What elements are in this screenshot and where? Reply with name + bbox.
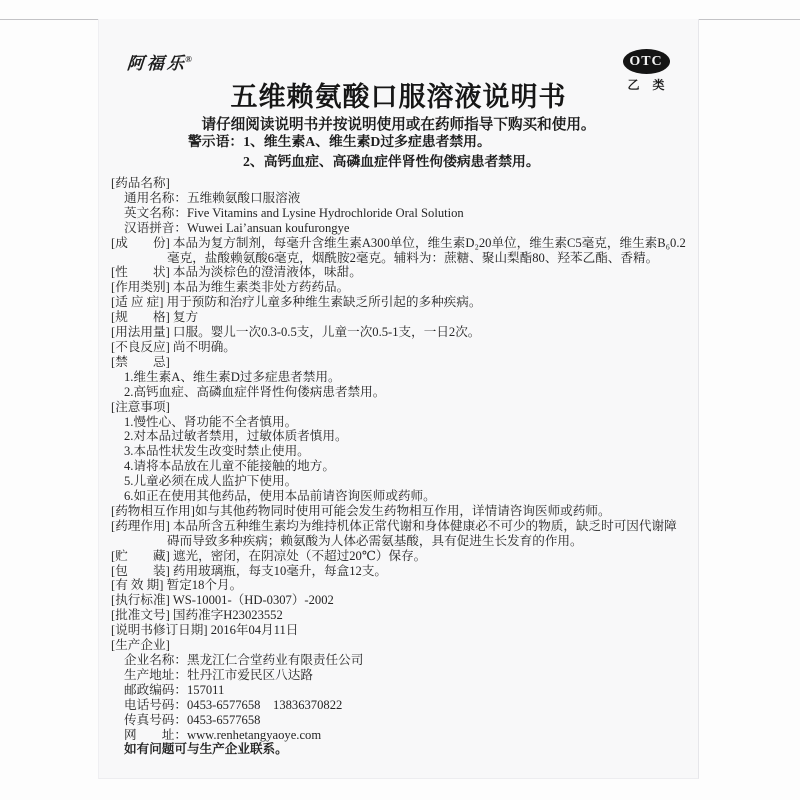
line-fax: 传真号码：0453-6577658	[111, 713, 689, 728]
warning-line-2: 2、高钙血症、高磷血症伴肾性佝偻病患者禁用。	[188, 152, 540, 172]
leaflet-paper: 阿福乐® OTC 乙 类 五维赖氨酸口服溶液说明书 请仔细阅读说明书并按说明使用…	[98, 19, 699, 779]
warning-text-1: 1、维生素A、维生素D过多症患者禁用。	[243, 134, 491, 149]
leaflet-body: [药品名称] 通用名称：五维赖氨酸口服溶液 英文名称：Five Vitamins…	[111, 176, 689, 757]
precaution-item-5: 5.儿童必须在成人监护下使用。	[111, 474, 689, 489]
section-precautions: [注意事项]	[111, 400, 689, 415]
precaution-item-6: 6.如正在使用其他药品，使用本品前请咨询医师或药师。	[111, 489, 689, 504]
line-address: 生产地址：牡丹江市爱民区八达路	[111, 668, 689, 683]
section-contraindications: [禁 忌]	[111, 355, 689, 370]
line-pinyin: 汉语拼音：Wuwei Lai’ansuan koufurongye	[111, 221, 689, 236]
page-title: 五维赖氨酸口服溶液说明书	[99, 75, 698, 114]
line-website: 网 址：www.renhetangyaoye.com	[111, 728, 689, 743]
precaution-item-1: 1.慢性心、肾功能不全者慎用。	[111, 415, 689, 430]
brand-logo: 阿福乐®	[126, 49, 192, 74]
section-drug-name: [药品名称]	[111, 176, 689, 191]
warning-block: 警示语：1、维生素A、维生素D过多症患者禁用。 2、高钙血症、高磷血症伴肾性佝偻…	[188, 132, 540, 172]
section-dosage: [用法用量] 口服。婴儿一次0.3-0.5支，儿童一次0.5-1支，一日2次。	[111, 325, 689, 340]
section-ingredients: [成 份] 本品为复方制剂，每毫升含维生素A300单位，维生素D₂20单位，维生…	[111, 236, 689, 266]
section-indications: [适 应 症] 用于预防和治疗儿童多种维生素缺乏所引起的多种疾病。	[111, 295, 689, 310]
section-adverse-reactions: [不良反应] 尚不明确。	[111, 340, 689, 355]
warning-label: 警示语：	[188, 134, 243, 149]
precaution-item-2: 2.对本品过敏者禁用，过敏体质者慎用。	[111, 429, 689, 444]
section-revision-date: [说明书修订日期] 2016年04月11日	[111, 623, 689, 638]
precaution-item-4: 4.请将本品放在儿童不能接触的地方。	[111, 459, 689, 474]
line-contact-note: 如有问题可与生产企业联系。	[111, 742, 689, 757]
section-standard: [执行标准] WS-10001-（HD-0307）-2002	[111, 593, 689, 608]
section-validity: [有 效 期] 暂定18个月。	[111, 578, 689, 593]
section-storage: [贮 藏] 遮光，密闭，在阴凉处（不超过20℃）保存。	[111, 549, 689, 564]
line-generic-name: 通用名称：五维赖氨酸口服溶液	[111, 191, 689, 206]
scanned-leaflet: 阿福乐® OTC 乙 类 五维赖氨酸口服溶液说明书 请仔细阅读说明书并按说明使用…	[0, 0, 800, 800]
section-packaging: [包 装] 药用玻璃瓶，每支10毫升，每盒12支。	[111, 564, 689, 579]
registered-trademark-icon: ®	[185, 54, 192, 64]
section-category: [作用类别] 本品为维生素类非处方药药品。	[111, 280, 689, 295]
section-pharmacology: [药理作用] 本品所含五种维生素均为维持机体正常代谢和身体健康必不可少的物质，缺…	[111, 519, 689, 549]
contraindication-item-1: 1.维生素A、维生素D过多症患者禁用。	[111, 370, 689, 385]
line-phone: 电话号码：0453-6577658 13836370822	[111, 698, 689, 713]
warning-line-1: 警示语：1、维生素A、维生素D过多症患者禁用。	[188, 132, 540, 152]
section-manufacturer: [生产企业]	[111, 638, 689, 653]
section-description: [性 状] 本品为淡棕色的澄清液体，味甜。	[111, 265, 689, 280]
line-english-name: 英文名称：Five Vitamins and Lysine Hydrochlor…	[111, 206, 689, 221]
line-postcode: 邮政编码：157011	[111, 683, 689, 698]
section-drug-interactions: [药物相互作用]如与其他药物同时使用可能会发生药物相互作用，详情请咨询医师或药师…	[111, 504, 689, 519]
precaution-item-3: 3.本品性状发生改变时禁止使用。	[111, 444, 689, 459]
section-specification: [规 格] 复方	[111, 310, 689, 325]
line-company-name: 企业名称：黑龙江仁合堂药业有限责任公司	[111, 653, 689, 668]
read-instructions-note: 请仔细阅读说明书并按说明使用或在药师指导下购买和使用。	[99, 113, 698, 134]
brand-name: 阿福乐	[126, 54, 187, 73]
contraindication-item-2: 2.高钙血症、高磷血症伴肾性佝偻病患者禁用。	[111, 385, 689, 400]
otc-oval-icon: OTC	[623, 49, 670, 74]
section-approval-number: [批准文号] 国药准字H23023552	[111, 608, 689, 623]
